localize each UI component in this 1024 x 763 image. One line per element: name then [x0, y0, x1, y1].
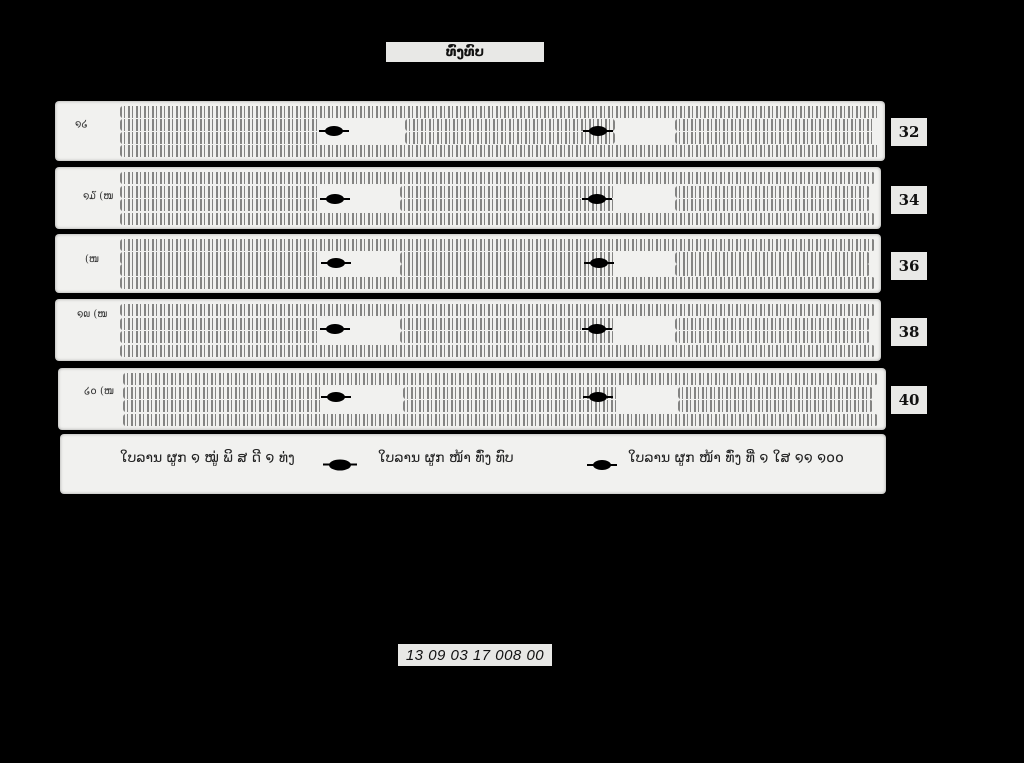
palm-leaf-5: ໒໐ (ໜ — [58, 368, 886, 430]
binding-hole-right — [593, 460, 611, 470]
binding-hole-left — [326, 324, 344, 334]
page-number-label: 40 — [891, 386, 927, 414]
binding-hole-right — [588, 324, 606, 334]
binding-hole-left — [327, 258, 345, 268]
binding-hole-right — [589, 126, 607, 136]
page-number-label: 38 — [891, 318, 927, 346]
leaf-title-segment-3: ໃບລານ ຜູກ ໜ້າ ທົ່ງ ທີ່ ໑ ໃສ ໑໑ ໑໐໐ — [628, 450, 844, 466]
binding-hole-left — [325, 126, 343, 136]
page-number-label: 32 — [891, 118, 927, 146]
archive-code-text: 13 09 03 17 008 00 — [406, 647, 544, 664]
page-number-label: 34 — [891, 186, 927, 214]
binding-hole-left — [329, 460, 351, 471]
binding-hole-right — [588, 194, 606, 204]
palm-leaf-4: ໑໙ (ໜ — [55, 299, 881, 361]
binding-hole-left — [326, 194, 344, 204]
archive-code-label: 13 09 03 17 008 00 — [398, 644, 552, 666]
palm-leaf-1: ໑໒ — [55, 101, 885, 161]
leaf-title-segment-2: ໃບລານ ຜູກ ໜ້າ ທົ່ງ ທົບ — [378, 450, 514, 466]
page-number-label: 36 — [891, 252, 927, 280]
binding-hole-right — [590, 258, 608, 268]
palm-leaf-3: (ໜ — [55, 234, 881, 293]
leaf-title-segment-1: ໃບລານ ຜູກ ໑ ໝູ່ ພິ ສ ດີ ໑ ທ່ງ — [120, 450, 295, 466]
palm-leaf-title: ໃບລານ ຜູກ ໑ ໝູ່ ພິ ສ ດີ ໑ ທ່ງ ໃບລານ ຜູກ … — [60, 434, 886, 494]
title-label: ທົ່ງທົບ — [386, 42, 544, 62]
binding-hole-right — [589, 392, 607, 402]
binding-hole-left — [327, 392, 345, 402]
palm-leaf-2: ໑໓ (ໜ — [55, 167, 881, 229]
title-text: ທົ່ງທົບ — [446, 45, 484, 60]
